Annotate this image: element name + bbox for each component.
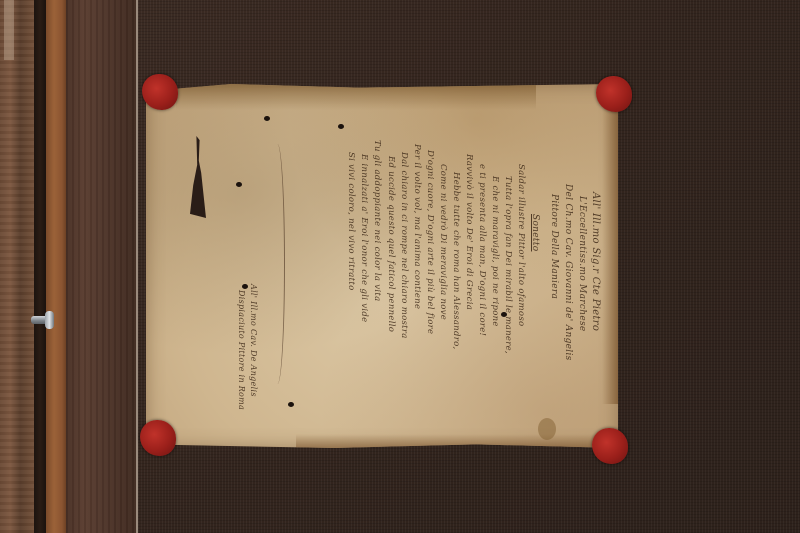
worm-hole: [501, 312, 507, 317]
worm-hole: [338, 124, 344, 129]
frame-outer-strip: [0, 0, 34, 533]
wax-seal-bottom-left: [140, 420, 176, 456]
frame-gap: [34, 0, 46, 533]
worm-hole: [264, 116, 270, 121]
wax-seal-top-right: [596, 76, 632, 112]
manuscript-sheet: [146, 84, 618, 448]
water-stain-right: [602, 104, 618, 404]
worm-hole: [236, 182, 242, 187]
water-stain-top: [176, 84, 536, 110]
wax-seal-bottom-right: [592, 428, 628, 464]
stretcher-bar: [66, 0, 138, 533]
worm-hole: [288, 402, 294, 407]
ink-blot: [538, 418, 556, 440]
worn-wood-patch: [4, 0, 14, 60]
frame-middle-strip: [46, 0, 66, 533]
canvas-edge: [136, 0, 138, 533]
photo-scene: All' Ill.mo Sig.r Cte Pietro L'Eccellent…: [0, 0, 800, 533]
worm-hole: [242, 284, 248, 289]
wax-seal-top-left: [142, 74, 178, 110]
nail-head-icon: [45, 311, 54, 329]
torn-hole: [190, 136, 206, 218]
